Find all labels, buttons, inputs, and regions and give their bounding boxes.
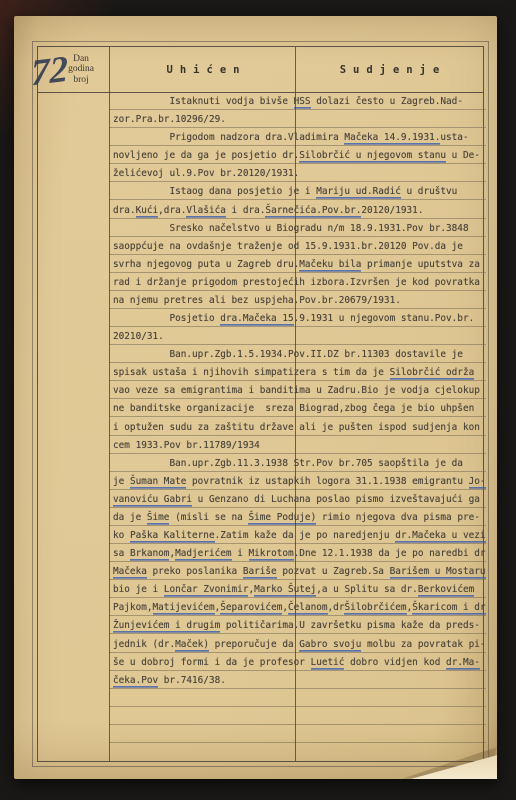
- typewritten-line: ne banditske organizacije sreza Biograd,…: [109, 403, 474, 416]
- ink-underlined-text: Berkovićem: [418, 584, 474, 595]
- ink-underlined-text: Mikrotom: [249, 548, 294, 559]
- plain-text: preporučuje da: [209, 639, 299, 650]
- ruled-row: [109, 689, 486, 707]
- ink-underlined-text: Barišem u Mostaru: [390, 566, 486, 577]
- typewritten-line: Sresko načelstvo u Biogradu n/m 18.9.193…: [109, 223, 469, 236]
- plain-text: u Genzano di Luchana poslao pismo izvešt…: [192, 494, 480, 505]
- plain-text: Ban.upr.Zgb.11.3.1938 Str.Pov br.705 sao…: [113, 458, 463, 469]
- plain-text: 20120/1931.: [361, 205, 423, 216]
- ruled-row: Žunjevićem i drugim političarima.U završ…: [109, 616, 486, 634]
- plain-text: u društvu: [401, 186, 457, 197]
- ruled-row: svrha njegovog puta u Zagreb dru.Mačeku …: [109, 255, 486, 273]
- day-label: Dan: [68, 54, 94, 65]
- ruled-row: ko Paška Kaliterne.Zatim kaže da je po n…: [109, 526, 486, 544]
- plain-text: i dra.: [226, 205, 266, 216]
- plain-text: .9.1931 u njegovom stanu.Pov.br.: [294, 313, 475, 324]
- plain-text: primanje uputstva za: [361, 259, 480, 270]
- ruled-row: saoppćuje na ovdašnje traženje od 15.9.1…: [109, 237, 486, 255]
- ink-underlined-text: Mačeka: [113, 566, 147, 577]
- plain-text: (misli se na: [169, 512, 248, 523]
- ink-underlined-text: Škaricom i dr: [412, 602, 485, 613]
- plain-text: cem 1933.Pov br.11789/1934: [113, 440, 260, 451]
- ruled-row: Istaog dana posjetio je i Mariju ud.Radi…: [109, 182, 486, 200]
- ink-underlined-text: Šarnečića.Pov.br.: [265, 205, 361, 216]
- ruled-row: na njemu pretres ali bez uspjeha.Pov.br.…: [109, 291, 486, 309]
- ink-underlined-text: Maček): [175, 639, 209, 650]
- ink-underlined-text: dr.Ma-: [446, 657, 480, 668]
- ruled-row: čeka.Pov br.7416/38.: [109, 671, 486, 689]
- ruled-row: Sresko načelstvo u Biogradu n/m 18.9.193…: [109, 219, 486, 237]
- ruled-row: Istaknuti vodja bivše HSS dolazi često u…: [109, 92, 486, 110]
- ink-underlined-text: Kući: [136, 205, 159, 216]
- plain-text: svrha njegovog puta u Zagreb dru.: [113, 259, 299, 270]
- ruled-row: novljeno je da ga je posjetio dr.Silobrč…: [109, 146, 486, 164]
- ink-underlined-text: vanoviću Gabri: [113, 494, 192, 505]
- plain-text: je: [113, 476, 130, 487]
- ink-underlined-text: Šime: [147, 512, 170, 523]
- typewritten-line: saoppćuje na ovdašnje traženje od 15.9.1…: [109, 241, 463, 254]
- ruled-row: [109, 725, 486, 743]
- plain-text: novljeno je da ga je posjetio dr.: [113, 150, 299, 161]
- typewritten-line: sa Brkanom,Madjerićem i Mikrotom.Dne 12.…: [109, 548, 486, 561]
- ink-underlined-text: Silobrčić održa: [390, 367, 475, 378]
- typewritten-line: Ban.upr.Zgb.1.5.1934.Pov.II.DZ br.11303 …: [109, 349, 463, 362]
- ink-underlined-text: Mačeku bila: [299, 259, 361, 270]
- ruled-row: Mačeka preko poslanika Bariše pozvat u Z…: [109, 562, 486, 580]
- plain-text: Pajkom,: [113, 602, 153, 613]
- archive-form-table: Dan godina broj Uhićen Sudjenje Istaknut…: [37, 46, 484, 762]
- typewritten-line: spisak ustaša i njihovih simpatizera s t…: [109, 367, 474, 380]
- typewritten-line: 20210/31.: [109, 331, 164, 344]
- ruled-row: Ban.upr.Zgb.11.3.1938 Str.Pov br.705 sao…: [109, 454, 486, 472]
- typewritten-line: cem 1933.Pov br.11789/1934: [109, 440, 260, 453]
- plain-text: političarima.U završetku pisma kaže da p…: [220, 620, 480, 631]
- document-paper: Dan godina broj Uhićen Sudjenje Istaknut…: [14, 16, 497, 779]
- ruled-row: Posjetio dra.Mačeka 15.9.1931 u njegovom…: [109, 309, 486, 327]
- plain-text: ne banditske organizacije sreza Biograd,…: [113, 403, 474, 414]
- handwritten-archive-number: 72: [31, 48, 68, 96]
- plain-text: saoppćuje na ovdašnje traženje od 15.9.1…: [113, 241, 463, 252]
- ruled-row: želićevoj ul.9.Pov br.20120/1931.: [109, 164, 486, 182]
- plain-text: Posjetio: [113, 313, 220, 324]
- ink-underlined-text: Čelanom: [288, 602, 328, 613]
- plain-text: Ban.upr.Zgb.1.5.1934.Pov.II.DZ br.11303 …: [113, 349, 463, 360]
- plain-text: Istaknuti vodja bivše: [113, 96, 294, 107]
- typewritten-line: Istaog dana posjetio je i Mariju ud.Radi…: [109, 186, 457, 199]
- typewritten-line: Istaknuti vodja bivše HSS dolazi često u…: [109, 96, 463, 109]
- plain-text: .Zatim kaže da je po naredjenju: [215, 530, 396, 541]
- plain-text: spisak ustaša i njihovih simpatizera s t…: [113, 367, 390, 378]
- trial-column-label: Sudjenje: [333, 64, 447, 76]
- table-header-row: Dan godina broj Uhićen Sudjenje: [38, 47, 483, 93]
- header-cell-trial: Sudjenje: [296, 47, 483, 92]
- plain-text: želićevoj ul.9.Pov br.20120/1931.: [113, 168, 299, 179]
- typewritten-line: ko Paška Kaliterne.Zatim kaže da je po n…: [109, 530, 486, 543]
- plain-text: u De-: [446, 150, 480, 161]
- plain-text: sa: [113, 548, 130, 559]
- ruled-row: je Šuman Mate povratnik iz ustapkih logo…: [109, 472, 486, 490]
- plain-text: i optužen sudu za zaštitu države ali je …: [113, 422, 480, 433]
- plain-text: rimio njegova dva pisma pre-: [316, 512, 480, 523]
- year-label: godina: [68, 64, 94, 75]
- plain-text: dolazi često u Zagreb.Nad-: [311, 96, 463, 107]
- ink-underlined-text: Šeparovićem: [220, 602, 282, 613]
- plain-text: še u dobroj formi i da je profesor: [113, 657, 311, 668]
- ruled-row: spisak ustaša i njihovih simpatizera s t…: [109, 363, 486, 381]
- ink-underlined-text: Žunjevićem i drugim: [113, 620, 220, 631]
- ruled-row: [109, 707, 486, 725]
- plain-text: vao veze sa emigrantima i banditima u Za…: [113, 385, 480, 396]
- ink-underlined-text: Vlašića: [186, 205, 226, 216]
- ruled-row: dra.Kući,dra.Vlašića i dra.Šarnečića.Pov…: [109, 200, 486, 218]
- ruled-row: cem 1933.Pov br.11789/1934: [109, 436, 486, 454]
- ruled-row: i optužen sudu za zaštitu države ali je …: [109, 417, 486, 435]
- ruled-row: zor.Pra.br.10296/29.: [109, 110, 486, 128]
- plain-text: molbu za povratak pi-: [361, 639, 485, 650]
- ink-underlined-text: Madjerićem: [175, 548, 231, 559]
- ruled-row: bio je i Lončar Zvonimir,Marko Šutej,a u…: [109, 580, 486, 598]
- plain-text: preko poslanika: [147, 566, 243, 577]
- plain-text: ,a u Splitu sa dr.: [316, 584, 418, 595]
- plain-text: Prigodom nadzora dra.Vladimira: [113, 132, 344, 143]
- number-label: broj: [68, 75, 94, 86]
- ruled-row: Pajkom,Matijevićem,Šeparovićem,Čelanom,d…: [109, 598, 486, 616]
- plain-text: povratnik iz ustapkih logora 31.1.1938 e…: [186, 476, 468, 487]
- typewritten-line: bio je i Lončar Zvonimir,Marko Šutej,a u…: [109, 584, 474, 597]
- ruled-row: ne banditske organizacije sreza Biograd,…: [109, 399, 486, 417]
- plain-text: dobro vidjen kod: [344, 657, 446, 668]
- ink-underlined-text: dr.Mačeka u vezi: [395, 530, 485, 541]
- ink-underlined-text: Lončar Zvonimir: [164, 584, 249, 595]
- ink-underlined-text: Bariše: [243, 566, 277, 577]
- typewritten-line: na njemu pretres ali bez uspjeha.Pov.br.…: [109, 295, 401, 308]
- plain-text: Sresko načelstvo u Biogradu n/m 18.9.193…: [113, 223, 469, 234]
- ruled-row: Ban.upr.Zgb.1.5.1934.Pov.II.DZ br.11303 …: [109, 345, 486, 363]
- column-divider-middle: [295, 47, 296, 761]
- ruled-row: sa Brkanom,Madjerićem i Mikrotom.Dne 12.…: [109, 544, 486, 562]
- arrested-column-label: Uhićen: [160, 64, 247, 76]
- plain-text: .Dne 12.1.1938 da je po naredbi dr: [294, 548, 486, 559]
- plain-text: zor.Pra.br.10296/29.: [113, 114, 226, 125]
- ink-underlined-text: Paška Kaliterne: [130, 530, 215, 541]
- ink-underlined-text: dra.Mačeka 15: [220, 313, 293, 324]
- ink-underlined-text: Matijevićem: [153, 602, 215, 613]
- typewritten-line: je Šuman Mate povratnik iz ustapkih logo…: [109, 476, 486, 489]
- typewritten-line: Prigodom nadzora dra.Vladimira Mačeka 14…: [109, 132, 469, 145]
- header-cell-arrested: Uhićen: [110, 47, 296, 92]
- typewritten-line: jednik (dr.Maček) preporučuje da Gabro s…: [109, 639, 486, 652]
- plain-text: jednik (dr.: [113, 639, 175, 650]
- plain-text: 20210/31.: [113, 331, 164, 342]
- ink-underlined-text: Gabro svoju: [299, 639, 361, 650]
- plain-text: ko: [113, 530, 130, 541]
- plain-text: bio je i: [113, 584, 164, 595]
- ruled-row: Prigodom nadzora dra.Vladimira Mačeka 14…: [109, 128, 486, 146]
- ruled-row: da je Šime (misli se na Šime Poduje) rim…: [109, 508, 486, 526]
- column-divider-left: [109, 47, 110, 761]
- ruled-row: še u dobroj formi i da je profesor Lueti…: [109, 653, 486, 671]
- plain-text: pozvat u Zagreb.Sa: [277, 566, 390, 577]
- ink-underlined-text: Mačeka 14.9.1931.: [344, 132, 440, 143]
- plain-text: da je: [113, 512, 147, 523]
- ruled-row: vao veze sa emigrantima i banditima u Za…: [109, 381, 486, 399]
- typewritten-line: dra.Kući,dra.Vlašića i dra.Šarnečića.Pov…: [109, 205, 423, 218]
- ink-underlined-text: Šilobrčićem: [344, 602, 406, 613]
- typewritten-line: zor.Pra.br.10296/29.: [109, 114, 226, 127]
- plain-text: ,dr: [328, 602, 345, 613]
- plain-text: i: [232, 548, 249, 559]
- ruled-row: 20210/31.: [109, 327, 486, 345]
- ink-underlined-text: Jo-: [469, 476, 486, 487]
- typewritten-line: čeka.Pov br.7416/38.: [109, 675, 226, 688]
- ink-underlined-text: Luetić: [311, 657, 345, 668]
- ink-underlined-text: Marko Šutej: [254, 584, 316, 595]
- ruled-row: rad i držanje prigodom prestojećih izbor…: [109, 273, 486, 291]
- typewritten-line: Ban.upr.Zgb.11.3.1938 Str.Pov br.705 sao…: [109, 458, 463, 471]
- plain-text: na njemu pretres ali bez uspjeha.Pov.br.…: [113, 295, 401, 306]
- ink-underlined-text: Šuman Mate: [130, 476, 186, 487]
- day-year-number-label: Dan godina broj: [68, 54, 94, 86]
- ink-underlined-text: Šime Poduje): [248, 512, 316, 523]
- ink-underlined-text: Mariju ud.Radić: [316, 186, 401, 197]
- plain-text: ,dra.: [158, 205, 186, 216]
- plain-text: br.7416/38.: [158, 675, 226, 686]
- plain-text: dra.: [113, 205, 136, 216]
- ruled-row: jednik (dr.Maček) preporučuje da Gabro s…: [109, 634, 486, 652]
- plain-text: rad i držanje prigodom prestojećih izbor…: [113, 277, 480, 288]
- typewritten-line: Mačeka preko poslanika Bariše pozvat u Z…: [109, 566, 486, 579]
- plain-text: Istaog dana posjetio je i: [113, 186, 316, 197]
- plain-text: usta-: [440, 132, 468, 143]
- ink-underlined-text: Silobrčić u njegovom stanu: [299, 150, 446, 161]
- typewritten-line: želićevoj ul.9.Pov br.20120/1931.: [109, 168, 299, 181]
- typewritten-line: Pajkom,Matijevićem,Šeparovićem,Čelanom,d…: [109, 602, 486, 615]
- ruled-row: [109, 743, 486, 761]
- ruled-row: vanoviću Gabri u Genzano di Luchana posl…: [109, 490, 486, 508]
- ink-underlined-text: čeka.Pov: [113, 675, 158, 686]
- ink-underlined-text: Brkanom: [130, 548, 170, 559]
- typewritten-line: Posjetio dra.Mačeka 15.9.1931 u njegovom…: [109, 313, 474, 326]
